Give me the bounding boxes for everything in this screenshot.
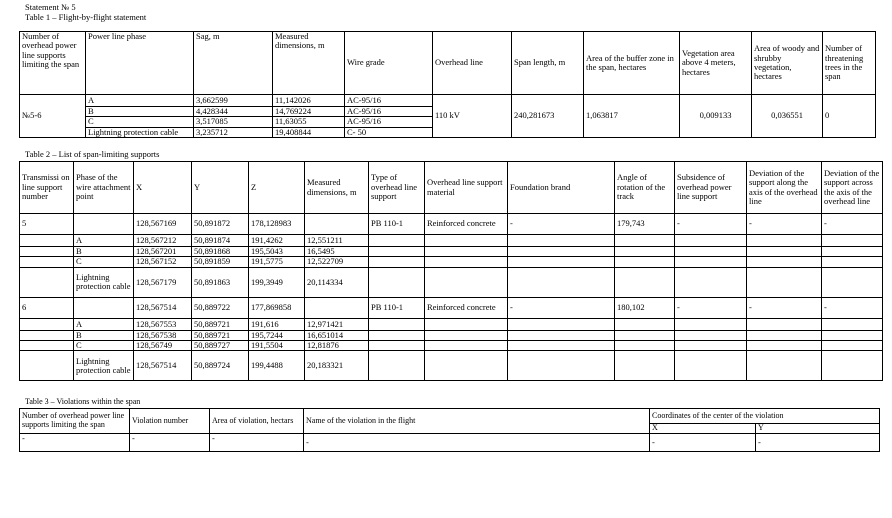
phase-cell: Lightning protection cable	[86, 127, 194, 137]
header-span-length: Span length, m	[512, 32, 584, 95]
y-cell: 50,889721	[192, 330, 249, 340]
deviation-along-cell: -	[747, 297, 822, 318]
foundation-cell: -	[508, 297, 615, 318]
violations-table: Number of overhead power line supports l…	[19, 408, 880, 452]
table-row: C 128,56749 50,889727 191,5504 12,81876	[20, 341, 883, 351]
foundation-cell: -	[508, 214, 615, 235]
z-cell: 191,5775	[249, 257, 305, 267]
table-row: B 128,567538 50,889721 195,7244 16,65101…	[20, 330, 883, 340]
z-cell: 177,869858	[249, 297, 305, 318]
header-overhead-line: Overhead line	[433, 32, 512, 95]
header-violation-coordinates: Coordinates of the center of the violati…	[650, 409, 880, 424]
measured-cell: 12,551211	[305, 235, 369, 247]
header-deviation-across: Deviation of the support across the axis…	[822, 162, 883, 214]
phase-cell: Lightning protection cable	[74, 351, 134, 381]
header-wire-grade: Wire grade	[345, 32, 433, 95]
z-cell: 199,3949	[249, 267, 305, 297]
sag-cell: 4,428344	[194, 107, 273, 117]
supports-cell: -	[20, 434, 130, 452]
measured-cell: 16,5495	[305, 247, 369, 257]
header-deviation-along: Deviation of the support along the axis …	[747, 162, 822, 214]
angle-cell: 180,102	[615, 297, 675, 318]
phase-cell: C	[74, 257, 134, 267]
z-cell: 195,5043	[249, 247, 305, 257]
vegetation-4m-value: 0,009133	[680, 95, 752, 138]
coord-x-cell: -	[650, 434, 756, 452]
threatening-trees-value: 0	[823, 95, 876, 138]
header-supports: Number of overhead power line supports l…	[20, 32, 86, 95]
z-cell: 191,5504	[249, 341, 305, 351]
wire-cell: AC-95/16	[345, 95, 433, 107]
phase-cell: C	[86, 117, 194, 127]
header-threatening-trees: Number of threatening trees in the span	[823, 32, 876, 95]
table3-caption: Table 3 – Violations within the span	[25, 397, 140, 406]
sag-cell: 3,235712	[194, 127, 273, 137]
header-supports: Number of overhead power line supports l…	[20, 409, 130, 434]
header-z: Z	[249, 162, 305, 214]
support-number: 6	[20, 297, 74, 318]
y-cell: 50,891863	[192, 267, 249, 297]
measured-cell: 12,522709	[305, 257, 369, 267]
span-length-value: 240,281673	[512, 95, 584, 138]
phase-cell: Lightning protection cable	[74, 267, 134, 297]
header-foundation: Foundation brand	[508, 162, 615, 214]
header-coord-y: Y	[756, 424, 880, 434]
subsidence-cell: -	[675, 214, 747, 235]
buffer-area-value: 1,063817	[584, 95, 680, 138]
sag-cell: 3,662599	[194, 95, 273, 107]
header-measured: Measured dimensions, m	[305, 162, 369, 214]
x-cell: 128,567553	[134, 318, 192, 330]
phase-cell: B	[86, 107, 194, 117]
header-vegetation-4m: Vegetation area above 4 meters, hectares	[680, 32, 752, 95]
table1-caption: Table 1 – Flight-by-flight statement	[25, 13, 146, 23]
coord-y-cell: -	[756, 434, 880, 452]
deviation-across-cell: -	[822, 297, 883, 318]
header-violation-name: Name of the violation in the flight	[304, 409, 650, 434]
x-cell: 128,567152	[134, 257, 192, 267]
header-x: X	[134, 162, 192, 214]
header-violation-number: Violation number	[130, 409, 210, 434]
header-y: Y	[192, 162, 249, 214]
measured-cell: 16,651014	[305, 330, 369, 340]
header-measured: Measured dimensions, m	[273, 32, 345, 95]
header-support-material: Overhead line support material	[425, 162, 508, 214]
violation-area-cell: -	[210, 434, 304, 452]
wire-cell: AC-95/16	[345, 107, 433, 117]
z-cell: 195,7244	[249, 330, 305, 340]
header-violation-area: Area of violation, hectars	[210, 409, 304, 434]
table-row: B 128,567201 50,891868 195,5043 16,5495	[20, 247, 883, 257]
x-cell: 128,567179	[134, 267, 192, 297]
table-row: №5-6 A 3,662599 11,142026 AC-95/16 110 k…	[20, 95, 876, 107]
table-row: C 128,567152 50,891859 191,5775 12,52270…	[20, 257, 883, 267]
deviation-across-cell: -	[822, 214, 883, 235]
z-cell: 199,4488	[249, 351, 305, 381]
measured-cell: 12,81876	[305, 341, 369, 351]
table-row: 6 128,567514 50,889722 177,869858 PB 110…	[20, 297, 883, 318]
violation-number-cell: -	[130, 434, 210, 452]
y-cell: 50,889721	[192, 318, 249, 330]
measured-cell: 20,183321	[305, 351, 369, 381]
table2-caption: Table 2 – List of span-limiting supports	[25, 150, 159, 160]
y-cell: 50,891872	[192, 214, 249, 235]
table-row: 5 128,567169 50,891872 178,128983 PB 110…	[20, 214, 883, 235]
y-cell: 50,891868	[192, 247, 249, 257]
table-row: Lightning protection cable 128,567179 50…	[20, 267, 883, 297]
measured-cell: 20,114334	[305, 267, 369, 297]
table-row: - - - - - -	[20, 434, 880, 452]
overhead-line-value: 110 kV	[433, 95, 512, 138]
header-phase: Power line phase	[86, 32, 194, 95]
x-cell: 128,567514	[134, 297, 192, 318]
phase-cell: B	[74, 330, 134, 340]
y-cell: 50,889722	[192, 297, 249, 318]
header-buffer-area: Area of the buffer zone in the span, hec…	[584, 32, 680, 95]
phase-cell: A	[86, 95, 194, 107]
measured-cell: 11,63055	[273, 117, 345, 127]
header-angle: Angle of rotation of the track	[615, 162, 675, 214]
wire-cell: AC-95/16	[345, 117, 433, 127]
support-material: Reinforced concrete	[425, 297, 508, 318]
z-cell: 178,128983	[249, 214, 305, 235]
table-row: Lightning protection cable 128,567514 50…	[20, 351, 883, 381]
y-cell: 50,889727	[192, 341, 249, 351]
phase-cell: C	[74, 341, 134, 351]
table-row: A 128,567212 50,891874 191,4262 12,55121…	[20, 235, 883, 247]
header-woody-area: Area of woody and shrubby vegetation, he…	[752, 32, 823, 95]
flight-statement-table: Number of overhead power line supports l…	[19, 31, 876, 138]
subsidence-cell: -	[675, 297, 747, 318]
header-subsidence: Subsidence of overhead power line suppor…	[675, 162, 747, 214]
supports-table: Transmissi on line support number Phase …	[19, 161, 883, 381]
support-number: 5	[20, 214, 74, 235]
x-cell: 128,567212	[134, 235, 192, 247]
y-cell: 50,891874	[192, 235, 249, 247]
measured-cell: 11,142026	[273, 95, 345, 107]
x-cell: 128,567169	[134, 214, 192, 235]
x-cell: 128,567538	[134, 330, 192, 340]
table-row: A 128,567553 50,889721 191,616 12,971421	[20, 318, 883, 330]
measured-cell: 14,769224	[273, 107, 345, 117]
x-cell: 128,56749	[134, 341, 192, 351]
y-cell: 50,891859	[192, 257, 249, 267]
support-type: PB 110-1	[369, 214, 425, 235]
z-cell: 191,4262	[249, 235, 305, 247]
header-attachment-phase: Phase of the wire attachment point	[74, 162, 134, 214]
y-cell: 50,889724	[192, 351, 249, 381]
deviation-along-cell: -	[747, 214, 822, 235]
x-cell: 128,567514	[134, 351, 192, 381]
phase-cell: B	[74, 247, 134, 257]
woody-area-value: 0,036551	[752, 95, 823, 138]
measured-cell: 12,971421	[305, 318, 369, 330]
header-support-number: Transmissi on line support number	[20, 162, 74, 214]
violation-name-cell: -	[304, 434, 650, 452]
header-sag: Sag, m	[194, 32, 273, 95]
angle-cell: 179,743	[615, 214, 675, 235]
phase-cell: A	[74, 318, 134, 330]
phase-cell: A	[74, 235, 134, 247]
support-type: PB 110-1	[369, 297, 425, 318]
z-cell: 191,616	[249, 318, 305, 330]
header-coord-x: X	[650, 424, 756, 434]
measured-cell: 19,408844	[273, 127, 345, 137]
header-support-type: Type of overhead line support	[369, 162, 425, 214]
wire-cell: C- 50	[345, 127, 433, 137]
x-cell: 128,567201	[134, 247, 192, 257]
support-material: Reinforced concrete	[425, 214, 508, 235]
span-id: №5-6	[20, 95, 86, 138]
sag-cell: 3,517085	[194, 117, 273, 127]
